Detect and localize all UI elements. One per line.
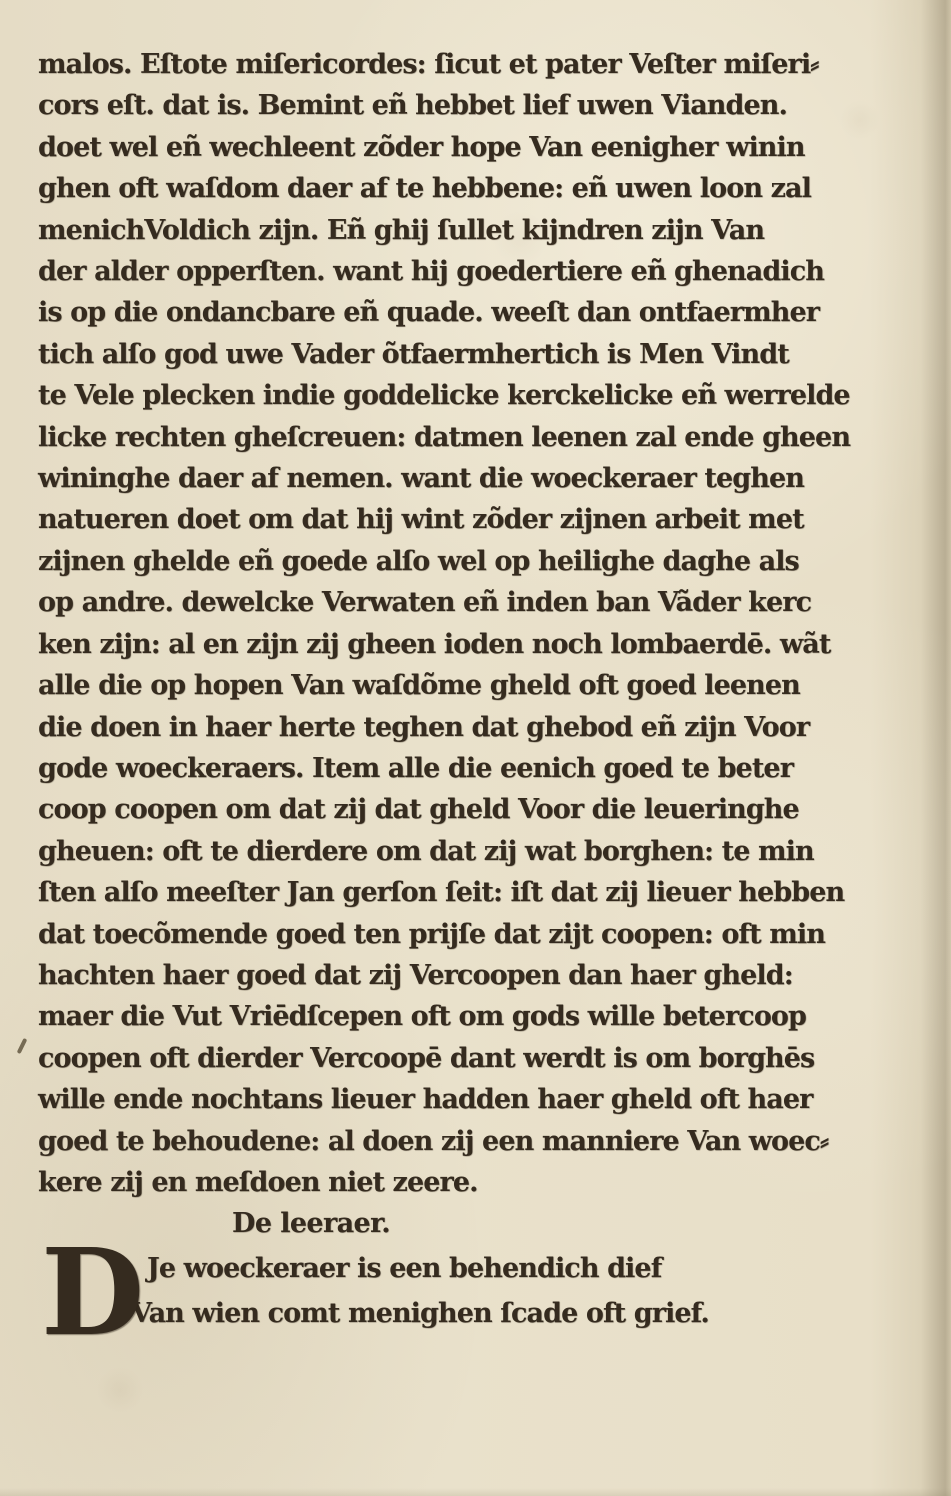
text-line: ghen oft waſdom daer af te hebbene: eñ u… (38, 168, 906, 209)
text-line: cors eſt. dat is. Bemint eñ hebbet lief … (38, 85, 906, 126)
text-line: coopen oft dierder Vercoopē dant werdt i… (38, 1038, 906, 1079)
text-line: gode woeckeraers. Item alle die eenich g… (38, 748, 906, 789)
verse-line: Je woeckeraer is een behendich dief (147, 1246, 906, 1291)
text-line: wininghe daer af nemen. want die woecker… (38, 458, 906, 499)
margin-ink-mark (17, 1038, 28, 1054)
text-line: is op die ondancbare eñ quade. weeſt dan… (38, 292, 906, 333)
section-heading: De leeraer. (232, 1203, 906, 1244)
text-line: goed te behoudene: al doen zij een manni… (38, 1121, 906, 1162)
text-line: zijnen ghelde eñ goede alſo wel op heili… (38, 541, 906, 582)
text-line: op andre. dewelcke Verwaten eñ inden ban… (38, 582, 906, 623)
text-line: tich alſo god uwe Vader õtfaermhertich i… (38, 334, 906, 375)
verse-lines: Je woeckeraer is een behendich dief Van … (147, 1246, 906, 1336)
text-line: maer die Vut Vriēdſcepen oft om gods wil… (38, 996, 906, 1037)
verse-line: Van wien comt menighen ſcade oft grief. (131, 1291, 906, 1336)
text-line: die doen in haer herte teghen dat ghebod… (38, 707, 906, 748)
drop-cap-initial: D (41, 1250, 144, 1336)
text-line: licke rechten gheſcreuen: datmen leenen … (38, 417, 906, 458)
text-line: ſten alſo meeſter Jan gerſon ſeit: iſt d… (38, 872, 906, 913)
text-line: gheuen: oft te dierdere om dat zij wat b… (38, 831, 906, 872)
text-line: wille ende nochtans lieuer hadden haer g… (38, 1079, 906, 1120)
text-line: kere zij en meſdoen niet zeere. (38, 1162, 906, 1203)
text-line: coop coopen om dat zij dat gheld Voor di… (38, 789, 906, 830)
text-line: menichVoldich zijn. Eñ ghij ſullet kijnd… (38, 210, 906, 251)
text-line: dat toecõmende goed ten prijſe dat zijt … (38, 914, 906, 955)
verse-block: D Je woeckeraer is een behendich dief Va… (38, 1246, 906, 1342)
text-line: hachten haer goed dat zij Vercoopen dan … (38, 955, 906, 996)
book-page: malos. Eſtote miſericordes: ſicut et pat… (0, 0, 951, 1496)
text-line: te Vele plecken indie goddelicke kerckel… (38, 375, 906, 416)
text-line: malos. Eſtote miſericordes: ſicut et pat… (38, 44, 906, 85)
text-line: ken zijn: al en zijn zij gheen ioden noc… (38, 624, 906, 665)
page-edge-shadow (0, 1488, 951, 1496)
text-line: doet wel eñ wechleent zõder hope Van een… (38, 127, 906, 168)
text-block: malos. Eſtote miſericordes: ſicut et pat… (38, 44, 906, 1342)
text-line: alle die op hopen Van waſdõme gheld oft … (38, 665, 906, 706)
text-line: der alder opperſten. want hij goedertier… (38, 251, 906, 292)
text-line: natueren doet om dat hij wint zõder zijn… (38, 499, 906, 540)
